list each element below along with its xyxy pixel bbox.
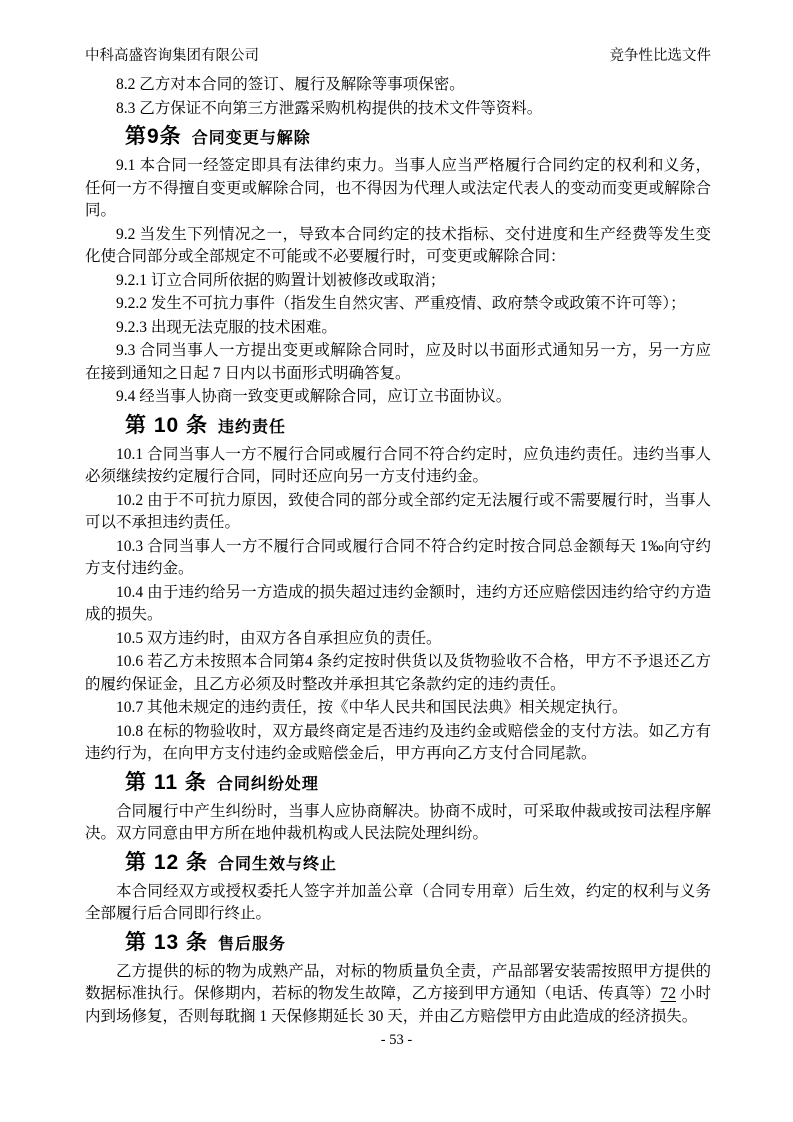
section-number: 第 13 条 (125, 931, 208, 954)
section-title: 违约责任 (218, 419, 286, 436)
section-number: 第9条 (125, 125, 182, 148)
paragraph-text: 10.5 双方违约时，由双方各自承担应负的责任。 (116, 630, 442, 647)
paragraph: 10.1 合同当事人一方不履行合同或履行合同不符合约定时，应负违约责任。违约当事… (85, 444, 711, 489)
section-title: 合同生效与终止 (218, 856, 337, 873)
paragraph: 9.2.1 订立合同所依据的购置计划被修改或取消； (85, 270, 711, 293)
section-heading: 第 10 条违约责任 (85, 412, 711, 441)
paragraph-text: 10.6 若乙方未按照本合同第4 条约定按时供货以及货物验收不合格，甲方不予退还… (85, 653, 711, 693)
section-number: 第 11 条 (125, 771, 207, 794)
paragraph-text: 合同履行中产生纠纷时，当事人应协商解决。协商不成时，可采取仲裁或按司法程序解决。… (85, 803, 711, 843)
paragraph: 10.4 由于违约给另一方造成的损失超过违约金额时，违约方还应赔偿因违约给守约方… (85, 582, 711, 627)
header-doc-type: 竞争性比选文件 (610, 46, 712, 66)
section-heading: 第 13 条售后服务 (85, 929, 711, 958)
section-heading: 第 11 条合同纠纷处理 (85, 769, 711, 798)
underlined-text: 72 (661, 985, 677, 1002)
paragraph-text: 9.2.2 发生不可抗力事件（指发生自然灾害、严重疫情、政府禁令或政策不许可等）… (116, 295, 686, 312)
paragraph-text: 10.8 在标的物验收时，双方最终商定是否违约及违约金或赔偿金的支付方法。如乙方… (85, 723, 711, 763)
paragraph-text: 9.2.1 订立合同所依据的购置计划被修改或取消； (116, 272, 445, 289)
paragraph: 9.3 合同当事人一方提出变更或解除合同时，应及时以书面形式通知另一方，另一方应… (85, 340, 711, 385)
section-number: 第 12 条 (125, 851, 208, 874)
paragraph-text: 9.2.3 出现无法克服的技术困难。 (116, 319, 337, 336)
paragraph: 10.5 双方违约时，由双方各自承担应负的责任。 (85, 628, 711, 651)
paragraph-text: 乙方提供的标的物为成熟产品，对标的物质量负全责，产品部署安装需按照甲方提供的数据… (85, 963, 711, 1003)
page-header: 中科高盛咨询集团有限公司 竞争性比选文件 (85, 46, 711, 66)
paragraph-text: 10.3 合同当事人一方不履行合同或履行合同不符合约定时按合同总金额每天 1‰向… (85, 538, 711, 578)
paragraph-text: 9.1 本合同一经签定即具有法律约束力。当事人应当严格履行合同约定的权利和义务，… (85, 157, 711, 219)
section-heading: 第 12 条合同生效与终止 (85, 849, 711, 878)
paragraph-text: 8.2 乙方对本合同的签订、履行及解除等事项保密。 (116, 76, 465, 93)
paragraph: 9.2 当发生下列情况之一，导致本合同约定的技术指标、交付进度和生产经费等发生变… (85, 224, 711, 269)
paragraph-text: 8.3 乙方保证不向第三方泄露采购机构提供的技术文件等资料。 (116, 100, 542, 117)
document-body: 8.2 乙方对本合同的签订、履行及解除等事项保密。8.3 乙方保证不向第三方泄露… (85, 74, 711, 1029)
page-number: - 53 - (381, 1032, 412, 1048)
section-title: 合同变更与解除 (192, 130, 311, 147)
paragraph: 9.1 本合同一经签定即具有法律约束力。当事人应当严格履行合同约定的权利和义务，… (85, 155, 711, 223)
paragraph-text: 9.3 合同当事人一方提出变更或解除合同时，应及时以书面形式通知另一方，另一方应… (85, 342, 711, 382)
paragraph-text: 9.4 经当事人协商一致变更或解除合同，应订立书面协议。 (116, 388, 511, 405)
paragraph: 乙方提供的标的物为成熟产品，对标的物质量负全责，产品部署安装需按照甲方提供的数据… (85, 961, 711, 1029)
header-company-name: 中科高盛咨询集团有限公司 (85, 46, 259, 66)
paragraph: 10.8 在标的物验收时，双方最终商定是否违约及违约金或赔偿金的支付方法。如乙方… (85, 721, 711, 766)
paragraph: 10.3 合同当事人一方不履行合同或履行合同不符合约定时按合同总金额每天 1‰向… (85, 536, 711, 581)
paragraph-text: 9.2 当发生下列情况之一，导致本合同约定的技术指标、交付进度和生产经费等发生变… (85, 226, 711, 266)
paragraph-text: 10.7 其他未规定的违约责任，按《中华人民共和国民法典》相关规定执行。 (116, 699, 628, 716)
page-footer: - 53 - (0, 1032, 793, 1049)
paragraph: 9.4 经当事人协商一致变更或解除合同，应订立书面协议。 (85, 386, 711, 409)
section-title: 合同纠纷处理 (217, 776, 319, 793)
paragraph: 8.2 乙方对本合同的签订、履行及解除等事项保密。 (85, 74, 711, 97)
paragraph-text: 10.2 由于不可抗力原因，致使合同的部分或全部约定无法履行或不需要履行时，当事… (85, 492, 711, 532)
paragraph-text: 本合同经双方或授权委托人签字并加盖公章（合同专用章）后生效，约定的权利与义务全部… (85, 883, 711, 923)
paragraph: 9.2.3 出现无法克服的技术困难。 (85, 317, 711, 340)
paragraph: 9.2.2 发生不可抗力事件（指发生自然灾害、严重疫情、政府禁令或政策不许可等）… (85, 293, 711, 316)
paragraph: 10.7 其他未规定的违约责任，按《中华人民共和国民法典》相关规定执行。 (85, 697, 711, 720)
paragraph-text: 10.4 由于违约给另一方造成的损失超过违约金额时，违约方还应赔偿因违约给守约方… (85, 584, 711, 624)
section-number: 第 10 条 (125, 414, 208, 437)
paragraph-text: 10.1 合同当事人一方不履行合同或履行合同不符合约定时，应负违约责任。违约当事… (85, 446, 711, 486)
section-heading: 第9条合同变更与解除 (85, 123, 711, 152)
section-title: 售后服务 (218, 936, 286, 953)
paragraph: 合同履行中产生纠纷时，当事人应协商解决。协商不成时，可采取仲裁或按司法程序解决。… (85, 801, 711, 846)
paragraph: 10.6 若乙方未按照本合同第4 条约定按时供货以及货物验收不合格，甲方不予退还… (85, 651, 711, 696)
paragraph: 8.3 乙方保证不向第三方泄露采购机构提供的技术文件等资料。 (85, 98, 711, 121)
paragraph: 10.2 由于不可抗力原因，致使合同的部分或全部约定无法履行或不需要履行时，当事… (85, 490, 711, 535)
document-page: 中科高盛咨询集团有限公司 竞争性比选文件 8.2 乙方对本合同的签订、履行及解除… (0, 0, 793, 1122)
paragraph: 本合同经双方或授权委托人签字并加盖公章（合同专用章）后生效，约定的权利与义务全部… (85, 881, 711, 926)
